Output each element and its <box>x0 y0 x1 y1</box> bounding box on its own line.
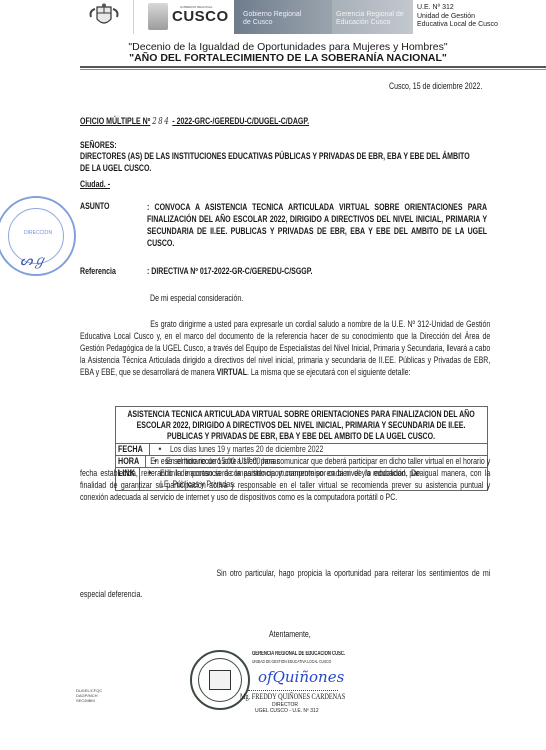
header-divider <box>133 0 134 34</box>
referencia-text: : DIRECTIVA Nº 017-2022-GR-C/GEREDU-C/SG… <box>147 266 312 276</box>
ue-line3: Educativa Local de Cusco <box>417 21 498 30</box>
ue-line2: Unidad de Gestión <box>417 13 498 22</box>
header-band-gerencia: Gerencia Regional de Educación Cusco <box>332 0 413 34</box>
paragraph-2-text: En ese sentido recurro ante Usted, para … <box>80 455 490 503</box>
oficio-number-handwritten: 284 <box>152 117 170 127</box>
oficio-prefix: OFICIO MÚLTIPLE Nº <box>80 116 150 126</box>
signatory-unit: UGEL CUSCO - U.E. Nº 312 <box>255 708 319 714</box>
asunto-text: : CONVOCA A ASISTENCIA TECNICA ARTICULAD… <box>147 201 487 249</box>
bullet-icon: • <box>150 444 170 455</box>
asunto-label: ASUNTO <box>80 201 110 211</box>
row-label: FECHA <box>116 444 150 455</box>
recipient-line2: DE LA UGEL CUSCO. <box>80 163 151 173</box>
paragraph-1-emphasis: VIRTUAL <box>217 367 247 377</box>
table-title-text: ASISTENCIA TECNICA ARTICULADA VIRTUAL SO… <box>118 409 485 442</box>
ue-line1: U.E. Nº 312 <box>417 4 498 13</box>
handwritten-signature: ofQuiñones <box>258 668 344 686</box>
ue-label: U.E. Nº 312 Unidad de Gestión Educativa … <box>417 4 498 30</box>
seal-coat-of-arms-icon <box>209 670 231 690</box>
closing: Atentamente, <box>269 629 311 639</box>
city-line: Ciudad. - <box>80 179 110 189</box>
oficio-reference: OFICIO MÚLTIPLE Nº 284 - 2022-GRC-/GERED… <box>80 116 309 127</box>
signatory-name: Mg. FREDDY QUIÑONES CARDENAS <box>240 692 345 701</box>
recipient-line1: DIRECTORES (AS) DE LAS INSTITUCIONES EDU… <box>80 151 470 161</box>
paragraph-1-tail: . La misma que se ejecutará con el sigui… <box>247 367 411 377</box>
asunto-text-content: : CONVOCA A ASISTENCIA TECNICA ARTICULAD… <box>147 201 487 249</box>
greeting: De mi especial consideración. <box>150 293 243 303</box>
row-value: •Los días lunes 19 y martes 20 de diciem… <box>150 444 515 455</box>
header-rule-thin <box>80 69 546 70</box>
signature-line <box>248 690 338 691</box>
band2-line1: Gerencia Regional de <box>336 11 404 19</box>
motto-year: "AÑO DEL FORTALECIMIENTO DE LA SOBERANÍA… <box>0 52 546 64</box>
cusco-emblem-icon <box>148 3 168 30</box>
reference-initials: DUGEL/CFQC DAGP/MCH SEC/MBM <box>76 688 102 703</box>
header-rule <box>80 66 546 68</box>
band1-line1: Gobierno Regional <box>243 11 301 19</box>
recipient-label: SEÑORES: <box>80 140 117 150</box>
header-band-gobierno: Gobierno Regional de Cusco <box>234 0 332 34</box>
paragraph-3-text: Sin otro particular, hago propicia la op… <box>80 563 490 605</box>
band2-line2: Educación Cusco <box>336 19 404 27</box>
signature-org-line1: GERENCIA REGIONAL DE EDUCACION CUSC. <box>252 651 345 657</box>
row-value-text: Los días lunes 19 y martes 20 de diciemb… <box>170 444 439 455</box>
stamp-initials-scribble: ᔕℊ <box>20 250 46 270</box>
ugel-stamp-center: DIRECCION <box>24 230 52 236</box>
paragraph-1: Es grato dirigirme a usted para expresar… <box>80 318 490 378</box>
paragraph-3: Sin otro particular, hago propicia la op… <box>80 563 490 605</box>
peru-coat-of-arms-icon <box>87 3 121 31</box>
oficio-suffix: - 2022-GRC-/GEREDU-C/DUGEL-C/DAGP. <box>172 116 309 126</box>
paragraph-2: En ese sentido recurro ante Usted, para … <box>80 455 490 503</box>
initials-line: SEC/MBM <box>76 698 102 703</box>
band1-line2: de Cusco <box>243 19 301 27</box>
letter-date: Cusco, 15 de diciembre 2022. <box>389 81 482 91</box>
logo-brand: CUSCO <box>172 8 229 25</box>
referencia-label: Referencia <box>80 266 116 276</box>
table-title: ASISTENCIA TECNICA ARTICULADA VIRTUAL SO… <box>116 407 487 444</box>
signature-org-line2: UNIDAD DE GESTION EDUCATIVA LOCAL CUSCO <box>252 659 331 664</box>
